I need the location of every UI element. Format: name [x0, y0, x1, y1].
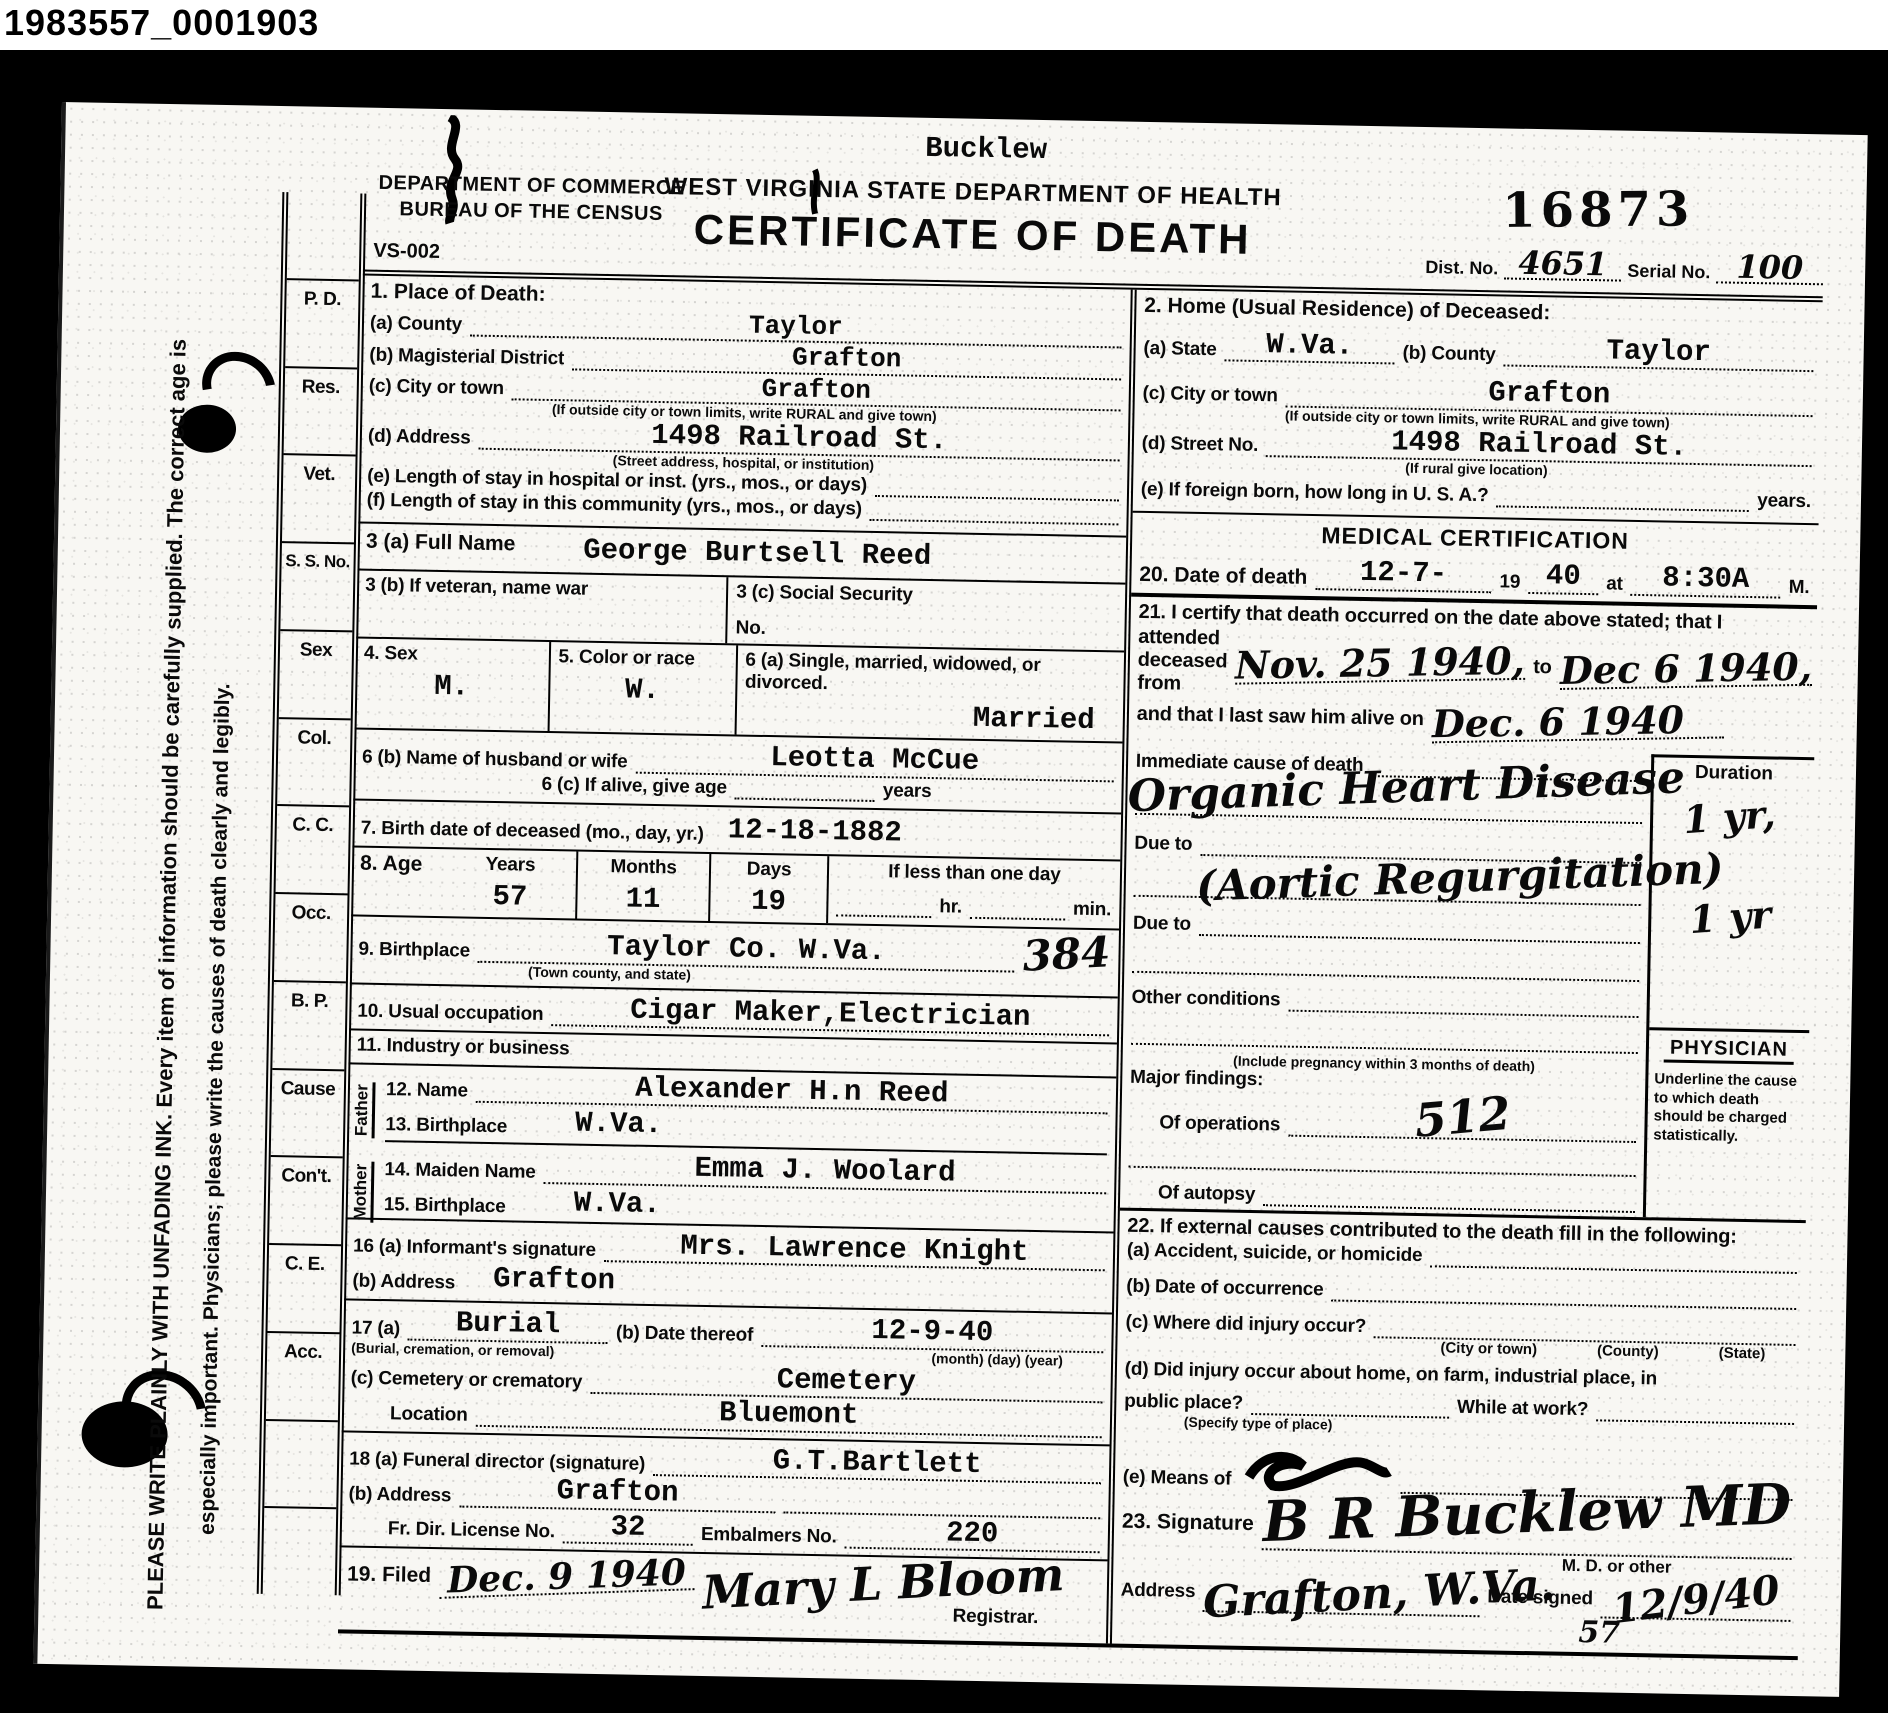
mother-birthplace-value: W.Va.	[573, 1186, 661, 1221]
issuing-department: DEPARTMENT OF COMMERCE BUREAU OF THE CEN…	[378, 170, 685, 228]
of-autopsy-label: Of autopsy	[1158, 1183, 1256, 1207]
foreign-born-label: (e) If foreign born, how long in U. S. A…	[1141, 479, 1489, 507]
filed-label: 19. Filed	[347, 1562, 431, 1588]
cemetery-label: (c) Cemetery or crematory	[350, 1368, 582, 1394]
home-street-label: (d) Street No.	[1142, 433, 1259, 457]
margin-warning-rest: Every item of information should be care…	[152, 339, 191, 1108]
date-thereof-note: (month) (day) (year)	[931, 1350, 1103, 1369]
date-thereof-value: 12-9-40	[871, 1314, 993, 1349]
months-value: 11	[585, 881, 701, 916]
scan-id: 1983557_0001903	[4, 2, 319, 44]
m-label: M.	[1788, 576, 1809, 598]
while-at-work-label: While at work?	[1457, 1397, 1589, 1421]
occupation-label: 10. Usual occupation	[357, 1001, 543, 1026]
county-note: (County)	[1597, 1343, 1659, 1361]
address-label: (d) Address	[368, 426, 471, 450]
scan-top-strip: 1983557_0001903	[0, 0, 1888, 50]
form-body: 1. Place of Death: (a) County Taylor (b)…	[338, 270, 1823, 1661]
age-months-cell: Months 11	[575, 851, 709, 920]
death-year-value: 40	[1546, 560, 1581, 594]
section-parents: Father Mother 12. Name Alexander H.n Ree…	[346, 1064, 1117, 1233]
certificate-paper: PLEASE WRITE PLAINLY WITH UNFADING INK. …	[33, 102, 1867, 1697]
days-label: Days	[719, 858, 819, 882]
signature-label: 23. Signature	[1122, 1509, 1254, 1535]
funeral-director-value: G.T.Bartlett	[772, 1444, 981, 1481]
if-alive-blank	[735, 783, 875, 802]
section-certify: 21. I certify that death occurred on the…	[1128, 596, 1817, 757]
serial-no-label: Serial No.	[1627, 261, 1710, 284]
state-note: (State)	[1719, 1345, 1766, 1363]
foreign-born-suffix: years.	[1757, 490, 1811, 513]
form-header: DEPARTMENT OF COMMERCE BUREAU OF THE CEN…	[363, 120, 1826, 297]
license-label: Fr. Dir. License No.	[388, 1518, 555, 1543]
age-days-cell: Days 19	[708, 854, 827, 923]
veteran-cell: 3 (b) If veteran, name war	[356, 571, 726, 644]
margin-label-bp: B. P.	[272, 982, 346, 1071]
mother-tab: Mother	[350, 1162, 374, 1223]
date-of-death-label: 20. Date of death	[1139, 563, 1307, 590]
margin-warning-bold: PLEASE WRITE PLAINLY WITH UNFADING INK.	[142, 1114, 176, 1611]
injury-where-label: (c) Where did injury occur?	[1125, 1312, 1366, 1338]
race-label: 5. Color or race	[558, 647, 727, 672]
margin-warning-2: especially important. Physicians; please…	[196, 683, 236, 1535]
attended-to-value: Dec 6 1940,	[1559, 650, 1812, 690]
race-cell: 5. Color or race W.	[547, 642, 736, 734]
right-column: 2. Home (Usual Residence) of Deceased: (…	[1112, 290, 1823, 1657]
other-conditions-line	[1288, 996, 1639, 1018]
margin-label-cell-empty	[263, 1508, 337, 1595]
father-name-label: 12. Name	[386, 1080, 468, 1103]
occurrence-date-line	[1331, 1286, 1796, 1311]
cemetery-value: Cemetery	[776, 1363, 916, 1399]
occupation-value: Cigar Maker,Electrician	[630, 993, 1031, 1033]
margin-label-cont: Con't.	[269, 1157, 343, 1246]
birthdate-label: 7. Birth date of deceased (mo., day, yr.…	[361, 817, 704, 845]
scanned-death-certificate: { "page": { "scan_id": "1983557_0001903"…	[0, 0, 1888, 1713]
section-cause-of-death: Immediate cause of death Organic Heart D…	[1120, 745, 1815, 1224]
filed-date-handwritten: Dec. 9 1940	[439, 1557, 695, 1600]
hr-blank	[836, 900, 931, 918]
days-value: 19	[718, 884, 818, 919]
ss-label-2: No.	[735, 618, 1116, 647]
left-column: 1. Place of Death: (a) County Taylor (b)…	[338, 276, 1137, 1644]
magisterial-district-label: (b) Magisterial District	[369, 344, 564, 370]
duration-2-value: 1 yr	[1688, 895, 1808, 937]
margin-label-cell-empty	[287, 192, 361, 281]
certificate-title: CERTIFICATE OF DEATH	[693, 206, 1252, 264]
signature-address-handwritten: Grafton, W.Va.	[1203, 1565, 1557, 1623]
operations-handwritten: 512	[1413, 1093, 1512, 1143]
father-birthplace-label: 13. Birthplace	[385, 1115, 507, 1139]
home-heading: 2. Home (Usual Residence) of Deceased:	[1144, 294, 1815, 330]
spouse-value: Leotta McCue	[770, 741, 979, 778]
margin-label-col: Col.	[277, 719, 351, 808]
father-birthplace-value: W.Va.	[575, 1107, 663, 1142]
marital-value: Married	[744, 698, 1115, 738]
certify-line-2: attended deceased from	[1137, 626, 1228, 697]
hospital-stay-blank	[875, 481, 1119, 501]
years-label: Years	[453, 853, 569, 877]
disposition-note: (Burial, cremation, or removal)	[351, 1339, 554, 1359]
date-of-death-value: 12-7-	[1360, 556, 1448, 591]
margin-label-vet: Vet.	[282, 455, 356, 544]
address-value: 1498 Railroad St.	[651, 419, 947, 457]
dist-no-label: Dist. No.	[1425, 257, 1498, 279]
age-label: 8. Age	[360, 851, 437, 876]
home-state-label: (a) State	[1143, 338, 1217, 361]
other-conditions-label: Other conditions	[1131, 987, 1280, 1012]
mother-birthplace-label: 15. Birthplace	[384, 1194, 506, 1218]
margin-label-cause: Cause	[271, 1070, 345, 1159]
form-number: VS-002	[373, 240, 440, 264]
city-or-town-note: (City or town)	[1440, 1340, 1537, 1359]
embalmer-value: 220	[946, 1516, 999, 1550]
cause-blank-line	[1132, 957, 1639, 982]
section-physician-signature: 23. Signature B R Bucklew MD M. D. or ot…	[1112, 1489, 1801, 1657]
district-serial-line: Dist. No. 4651 Serial No. 100	[1425, 247, 1823, 285]
injury-about-label: (d) Did injury occur about home, on farm…	[1125, 1359, 1795, 1393]
physician-title: PHYSICIAN	[1664, 1036, 1794, 1064]
home-city-label: (c) City or town	[1142, 383, 1277, 407]
race-value: W.	[558, 673, 727, 709]
findings-blank-line	[1128, 1152, 1635, 1177]
mother-name-value: Emma J. Woolard	[694, 1152, 956, 1190]
social-security-cell: 3 (c) Social Security No.	[725, 578, 1125, 651]
birthplace-label: 9. Birthplace	[358, 938, 470, 962]
margin-label-cell-empty	[264, 1420, 338, 1509]
date-signed-handwritten: 12/9/40	[1610, 1572, 1782, 1628]
date-thereof-label: (b) Date thereof	[616, 1322, 754, 1347]
father-tab: Father	[352, 1082, 376, 1138]
certify-line-3: and that I last saw him alive on	[1137, 703, 1424, 731]
if-alive-suffix: years	[883, 780, 932, 803]
parent-tabs: Father Mother	[346, 1064, 379, 1217]
section-funeral-director: 18 (a) Funeral director (signature) G.T.…	[340, 1432, 1110, 1561]
informant-signature-value: Mrs. Lawrence Knight	[680, 1229, 1029, 1268]
margin-label-sex: Sex	[279, 631, 353, 720]
sex-label: 4. Sex	[364, 643, 541, 668]
funeral-director-label: 18 (a) Funeral director (signature)	[349, 1449, 645, 1476]
home-county-value: Taylor	[1606, 334, 1711, 369]
serial-no-value: 100	[1716, 252, 1823, 285]
margin-label-occ: Occ.	[274, 894, 348, 983]
section-filed: 19. Filed Dec. 9 1940 Mary L Bloom Regis…	[338, 1547, 1107, 1636]
dist-no-value: 4651	[1504, 248, 1622, 281]
cause-blank-line	[1131, 1029, 1638, 1054]
license-value: 32	[610, 1510, 645, 1544]
margin-label-cc: C. C.	[276, 806, 350, 895]
county-value: Taylor	[749, 311, 843, 343]
due-to-2-label: Due to	[1133, 913, 1191, 936]
full-name-value: George Burtsell Reed	[583, 534, 932, 573]
accident-label: (a) Accident, suicide, or homicide	[1127, 1240, 1423, 1267]
marital-label: 6 (a) Single, married, widowed, or divor…	[745, 650, 1041, 695]
city-town-label: (c) City or town	[369, 376, 504, 400]
spouse-label: 6 (b) Name of husband or wife	[362, 746, 628, 773]
due-to-1-handwritten: (Aortic Regurgitation)	[1195, 850, 1724, 906]
means-of-injury-label: (e) Means of	[1123, 1467, 1232, 1491]
county-label: (a) County	[370, 313, 462, 337]
section-burial: 17 (a) Burial (b) Date thereof 12-9-40 (…	[342, 1301, 1112, 1446]
informant-address-value: Grafton	[493, 1262, 615, 1297]
age-label-cell: 8. Age	[351, 847, 445, 916]
section-place-of-death: 1. Place of Death: (a) County Taylor (b)…	[358, 276, 1130, 538]
years-value: 57	[452, 879, 568, 914]
margin-label-pd: P. D.	[285, 280, 359, 369]
birthplace-handwritten-mark: 384	[1022, 933, 1112, 975]
margin-label-acc: Acc.	[266, 1333, 340, 1422]
foreign-born-blank	[1496, 492, 1749, 513]
last-alive-value: Dec. 6 1940	[1431, 702, 1724, 743]
due-to-1-label: Due to	[1134, 833, 1192, 856]
registrar-signature: Mary L Bloom	[701, 1554, 1065, 1614]
age-years-cell: Years 57	[444, 849, 576, 918]
due-to-2-line	[1199, 920, 1641, 944]
physician-signature-handwritten: B R Bucklew MD	[1262, 1479, 1792, 1547]
funeral-director-address-value: Grafton	[556, 1474, 678, 1509]
certificate-form: DEPARTMENT OF COMMERCE BUREAU OF THE CEN…	[338, 120, 1826, 1661]
at-label: at	[1606, 573, 1623, 595]
industry-label: 11. Industry or business	[357, 1035, 570, 1060]
section-home-residence: 2. Home (Usual Residence) of Deceased: (…	[1132, 290, 1822, 526]
magisterial-district-value: Grafton	[792, 343, 902, 375]
veteran-label: 3 (b) If veteran, name war	[365, 575, 588, 600]
section-sex-race-marital: 4. Sex M. 5. Color or race W. 6 (a) Sing…	[355, 639, 1124, 744]
home-city-value: Grafton	[1488, 377, 1610, 412]
sex-value: M.	[363, 669, 540, 705]
public-place-label: public place?	[1124, 1391, 1243, 1415]
cemetery-location-value: Bluemont	[719, 1396, 859, 1432]
death-time-value: 8:30A	[1662, 562, 1750, 597]
margin-label-res: Res.	[284, 368, 358, 457]
section-informant: 16 (a) Informant's signature Mrs. Lawren…	[344, 1219, 1113, 1314]
parents-content: 12. Name Alexander H.n Reed 13. Birthpla…	[376, 1065, 1116, 1231]
full-name-label: 3 (a) Full Name	[366, 530, 516, 557]
months-label: Months	[586, 855, 702, 879]
printed-19: 19	[1499, 571, 1520, 593]
city-town-value: Grafton	[761, 373, 871, 405]
informant-address-label: (b) Address	[352, 1271, 455, 1295]
cemetery-location-label: Location	[390, 1403, 468, 1426]
of-autopsy-line	[1263, 1191, 1635, 1214]
sex-cell: 4. Sex M.	[355, 639, 549, 732]
duration-physician-column: Duration 1 yr, 1 yr PHYSICIAN Underline …	[1643, 754, 1814, 1220]
home-street-value: 1498 Railroad St.	[1391, 425, 1687, 463]
home-state-value: W.Va.	[1266, 328, 1354, 363]
min-blank	[970, 903, 1065, 921]
of-operations-label: Of operations	[1159, 1113, 1280, 1137]
disposition-label: 17 (a)	[351, 1317, 400, 1340]
disposition-value: Burial	[456, 1307, 561, 1342]
community-stay-blank	[870, 505, 1119, 526]
if-alive-label: 6 (c) If alive, give age	[541, 774, 727, 799]
birthdate-value: 12-18-1882	[728, 813, 903, 849]
certificate-number-stamp: 16873	[1502, 181, 1694, 239]
ss-label: 3 (c) Social Security	[736, 582, 1117, 611]
less-than-day-label: If less than one day	[837, 860, 1112, 887]
birthplace-value: Taylor Co. W.Va.	[607, 930, 886, 968]
typed-annotation-name: Bucklew	[925, 132, 1047, 167]
duration-1-value: 1 yr,	[1682, 795, 1810, 838]
mother-name-label: 14. Maiden Name	[384, 1159, 536, 1184]
age-less-than-day-cell: If less than one day hr. min.	[826, 856, 1120, 928]
accident-line	[1430, 1252, 1797, 1275]
margin-label-ssno: S. S. No.	[280, 543, 354, 632]
embalmer-label: Embalmers No.	[701, 1524, 837, 1548]
occurrence-date-label: (b) Date of occurrence	[1126, 1276, 1324, 1302]
funeral-director-address-label: (b) Address	[348, 1483, 451, 1507]
home-county-label: (b) County	[1402, 343, 1495, 367]
to-label: to	[1533, 656, 1552, 679]
min-label: min.	[1073, 898, 1112, 921]
margin-label-ce: C. E.	[267, 1245, 341, 1334]
signature-address-label: Address	[1121, 1579, 1196, 1602]
cause-entries: Immediate cause of death Organic Heart D…	[1120, 745, 1652, 1218]
section-external-causes: 22. If external causes contributed to th…	[1115, 1211, 1806, 1502]
attended-from-value: Nov. 25 1940,	[1235, 644, 1525, 685]
informant-signature-label: 16 (a) Informant's signature	[353, 1236, 596, 1262]
father-name-value: Alexander H.n Reed	[635, 1072, 949, 1111]
physician-box: PHYSICIAN Underline the cause to which d…	[1646, 1030, 1809, 1220]
physician-note: Underline the cause to which death shoul…	[1653, 1070, 1802, 1148]
dept-line-2: BUREAU OF THE CENSUS	[378, 196, 685, 228]
hr-label: hr.	[939, 896, 962, 918]
marital-cell: 6 (a) Single, married, widowed, or divor…	[734, 646, 1124, 742]
